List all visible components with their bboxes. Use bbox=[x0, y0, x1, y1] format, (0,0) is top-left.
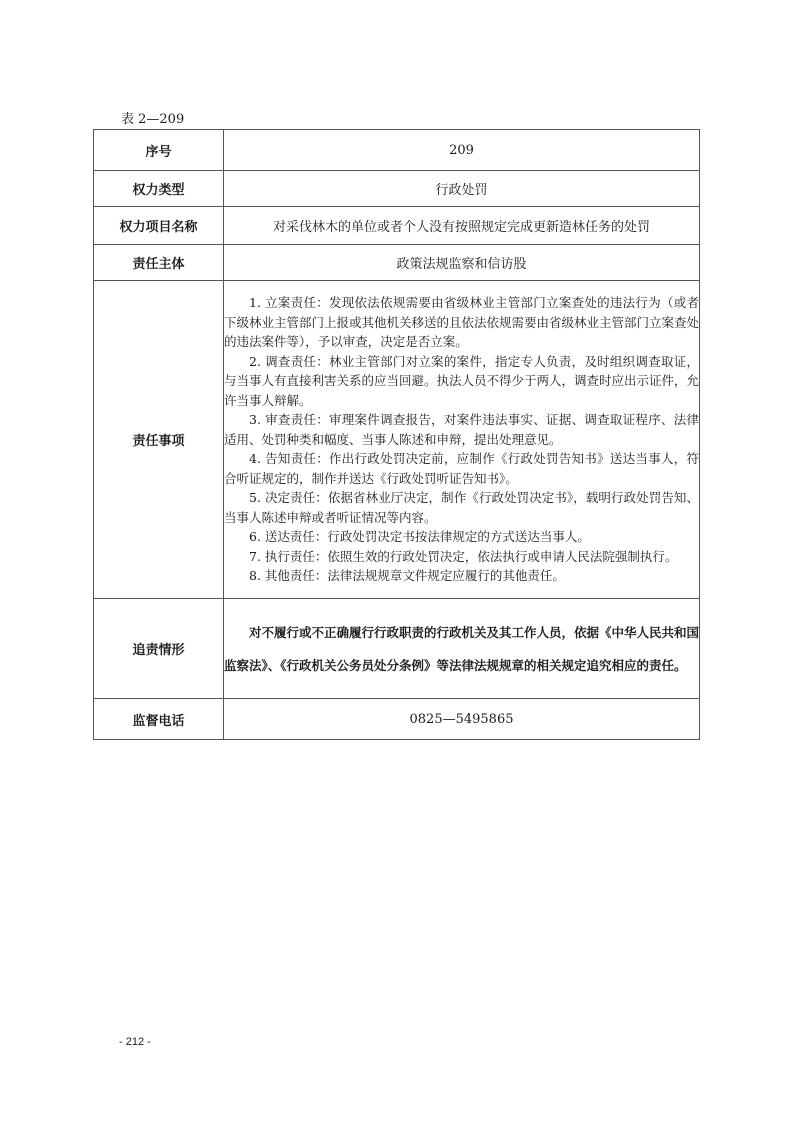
item-name-label: 权力项目名称 bbox=[94, 207, 224, 245]
duty-item: 4. 告知责任：作出行政处罚决定前，应制作《行政处罚告知书》送达当事人，符合听证… bbox=[224, 449, 699, 488]
accountability-label: 追责情形 bbox=[94, 599, 224, 699]
serial-label: 序号 bbox=[94, 130, 224, 171]
power-item-table: 序号 209 权力类型 行政处罚 权力项目名称 对采伐林木的单位或者个人没有按照… bbox=[93, 129, 700, 740]
subject-value: 政策法规监察和信访股 bbox=[224, 245, 700, 281]
duty-item: 5. 决定责任：依据省林业厅决定，制作《行政处罚决定书》，载明行政处罚告知、当事… bbox=[224, 488, 699, 527]
duty-item: 3. 审查责任：审理案件调查报告，对案件违法事实、证据、调查取证程序、法律适用、… bbox=[224, 410, 699, 449]
duty-item: 8. 其他责任：法律法规规章文件规定应履行的其他责任。 bbox=[224, 566, 699, 586]
item-name-value: 对采伐林木的单位或者个人没有按照规定完成更新造林任务的处罚 bbox=[224, 207, 700, 245]
table-row-duties: 责任事项 1. 立案责任：发现依法依规需要由省级林业主管部门立案查处的违法行为（… bbox=[94, 281, 700, 599]
serial-value: 209 bbox=[224, 130, 700, 171]
phone-value: 0825—5495865 bbox=[224, 699, 700, 740]
duties-content: 1. 立案责任：发现依法依规需要由省级林业主管部门立案查处的违法行为（或者下级林… bbox=[224, 281, 700, 599]
duty-item: 2. 调查责任：林业主管部门对立案的案件，指定专人负责，及时组织调查取证，与当事… bbox=[224, 352, 699, 411]
table-caption: 表 2—209 bbox=[121, 108, 184, 127]
duty-item: 6. 送达责任：行政处罚决定书按法律规定的方式送达当事人。 bbox=[224, 527, 699, 547]
duties-label: 责任事项 bbox=[94, 281, 224, 599]
accountability-value: 对不履行或不正确履行行政职责的行政机关及其工作人员，依据《中华人民共和国监察法》… bbox=[224, 599, 700, 699]
page-number: - 212 - bbox=[119, 1036, 151, 1048]
subject-label: 责任主体 bbox=[94, 245, 224, 281]
table-row-item-name: 权力项目名称 对采伐林木的单位或者个人没有按照规定完成更新造林任务的处罚 bbox=[94, 207, 700, 245]
table-row-subject: 责任主体 政策法规监察和信访股 bbox=[94, 245, 700, 281]
power-type-value: 行政处罚 bbox=[224, 171, 700, 207]
table-row-power-type: 权力类型 行政处罚 bbox=[94, 171, 700, 207]
phone-label: 监督电话 bbox=[94, 699, 224, 740]
table-row-accountability: 追责情形 对不履行或不正确履行行政职责的行政机关及其工作人员，依据《中华人民共和… bbox=[94, 599, 700, 699]
duty-item: 1. 立案责任：发现依法依规需要由省级林业主管部门立案查处的违法行为（或者下级林… bbox=[224, 293, 699, 352]
power-type-label: 权力类型 bbox=[94, 171, 224, 207]
duty-item: 7. 执行责任：依照生效的行政处罚决定，依法执行或申请人民法院强制执行。 bbox=[224, 547, 699, 567]
table-row-phone: 监督电话 0825—5495865 bbox=[94, 699, 700, 740]
table-row-serial: 序号 209 bbox=[94, 130, 700, 171]
